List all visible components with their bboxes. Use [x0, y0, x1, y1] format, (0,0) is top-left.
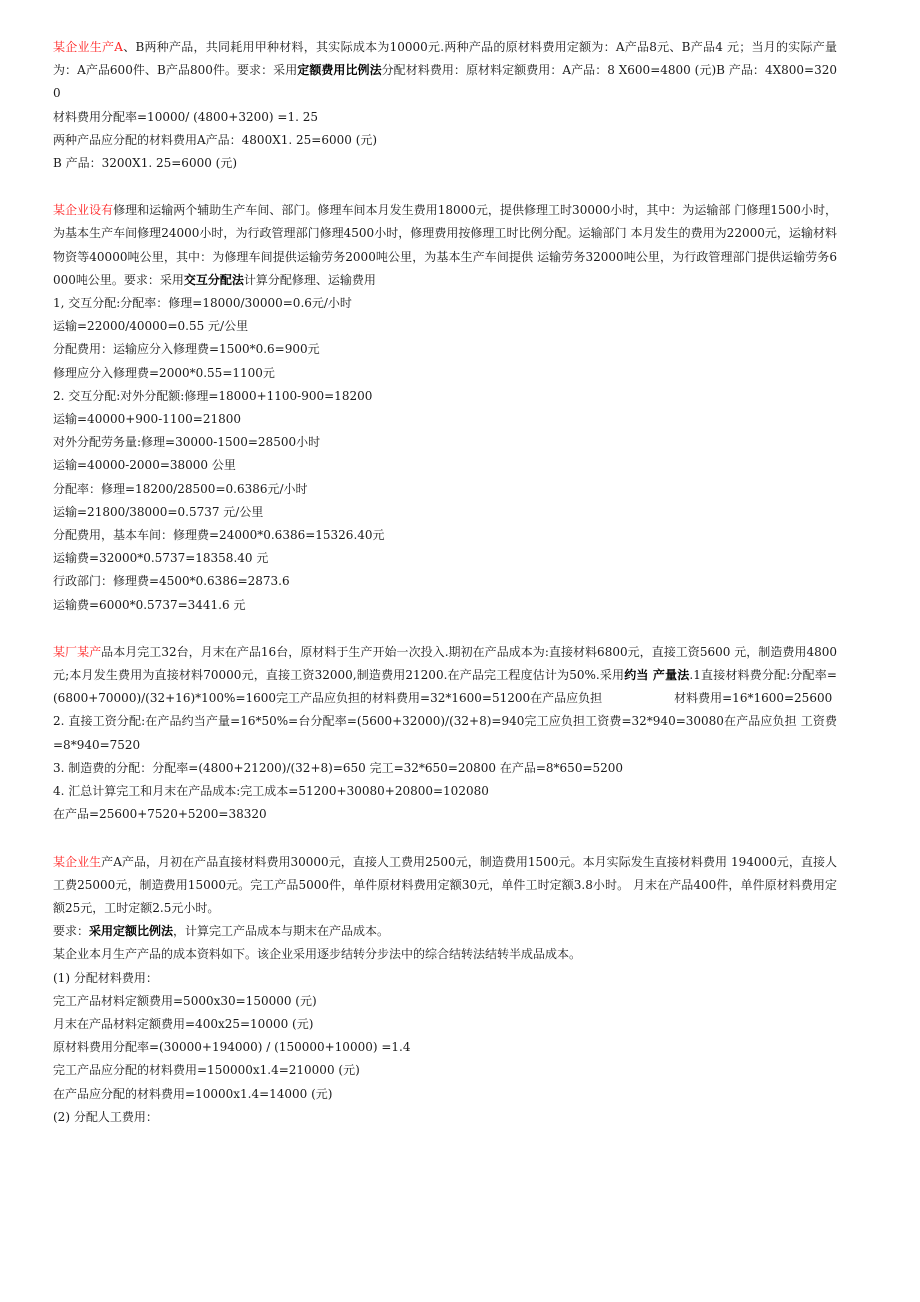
solution-line: 月末在产品材料定额费用=400x25=10000 (元)	[53, 1013, 837, 1036]
solution-line: 4. 汇总计算完工和月末在产品成本:完工成本=51200+30080+20800…	[53, 780, 837, 803]
highlight-text: 某企业设有	[53, 203, 113, 217]
solution-line: 某企业本月生产产品的成本资料如下。该企业采用逐步结转分步法中的综合结转法结转半成…	[53, 943, 837, 966]
highlight-text: 某企业生	[53, 855, 101, 869]
method-name: 采用定额比例法	[89, 924, 173, 938]
solution-line: 材料费用分配率=10000/ (4800+3200) =1. 25	[53, 106, 837, 129]
solution-line: 两种产品应分配的材料费用A产品：4800X1. 25=6000 (元)	[53, 129, 837, 152]
method-name: 交互分配法	[184, 273, 244, 287]
solution-line: 完工产品应分配的材料费用=150000x1.4=210000 (元)	[53, 1059, 837, 1082]
solution-line: 3. 制造费的分配：分配率=(4800+21200)/(32+8)=650 完工…	[53, 757, 837, 780]
problem-statement: 某厂某产品本月完工32台，月末在产品16台，原材料于生产开始一次投入.期初在产品…	[53, 641, 837, 711]
highlight-text: 某企业生产A	[53, 40, 123, 54]
solution-line: B 产品：3200X1. 25=6000 (元)	[53, 152, 837, 175]
solution-line: 运输费=6000*0.5737=3441.6 元	[53, 594, 837, 617]
problem-statement: 某企业设有修理和运输两个辅助生产车间、部门。修理车间本月发生费用18000元，提…	[53, 199, 837, 292]
problem-1: 某企业生产A、B两种产品，共同耗用甲种材料，其实际成本为10000元.两种产品的…	[53, 36, 837, 175]
requirement-label: 要求：	[53, 924, 89, 938]
solution-line: 修理应分入修理费=2000*0.55=1100元	[53, 362, 837, 385]
document-page: 某企业生产A、B两种产品，共同耗用甲种材料，其实际成本为10000元.两种产品的…	[53, 36, 837, 1129]
solution-line: 运输=22000/40000=0.55 元/公里	[53, 315, 837, 338]
statement-text: 修理和运输两个辅助生产车间、部门。修理车间本月发生费用18000元，提供修理工时…	[53, 203, 837, 287]
solution-line: 1, 交互分配:分配率：修理=18000/30000=0.6元/小时	[53, 292, 837, 315]
solution-paragraph: 2. 直接工资分配:在产品约当产量=16*50%=台分配率=(5600+3200…	[53, 710, 837, 756]
statement-text: 计算分配修理、运输费用	[244, 273, 376, 287]
solution-line: 分配费用，基本车间：修理费=24000*0.6386=15326.40元	[53, 524, 837, 547]
solution-line: 在产品=25600+7520+5200=38320	[53, 803, 837, 826]
solution-line: 运输=21800/38000=0.5737 元/公里	[53, 501, 837, 524]
problem-3: 某厂某产品本月完工32台，月末在产品16台，原材料于生产开始一次投入.期初在产品…	[53, 641, 837, 827]
method-name: 定额费用比例法	[297, 63, 381, 77]
solution-line: 原材料费用分配率=(30000+194000) / (150000+10000)…	[53, 1036, 837, 1059]
statement-text: 产A产品，月初在产品直接材料费用30000元，直接人工费用2500元，制造费用1…	[53, 855, 837, 915]
requirement-text: ，计算完工产品成本与期末在产品成本。	[173, 924, 389, 938]
solution-line: 行政部门：修理费=4500*0.6386=2873.6	[53, 570, 837, 593]
solution-line: 完工产品材料定额费用=5000x30=150000 (元)	[53, 990, 837, 1013]
solution-line: 运输费=32000*0.5737=18358.40 元	[53, 547, 837, 570]
solution-line: 在产品应分配的材料费用=10000x1.4=14000 (元)	[53, 1083, 837, 1106]
method-name: 约当 产量法	[624, 668, 689, 682]
problem-statement: 某企业生产A产品，月初在产品直接材料费用30000元，直接人工费用2500元，制…	[53, 851, 837, 921]
solution-line: 运输=40000+900-1100=21800	[53, 408, 837, 431]
solution-line: 运输=40000-2000=38000 公里	[53, 454, 837, 477]
solution-line: 对外分配劳务量:修理=30000-1500=28500小时	[53, 431, 837, 454]
problem-statement: 某企业生产A、B两种产品，共同耗用甲种材料，其实际成本为10000元.两种产品的…	[53, 36, 837, 106]
solution-line: (1) 分配材料费用：	[53, 967, 837, 990]
problem-4: 某企业生产A产品，月初在产品直接材料费用30000元，直接人工费用2500元，制…	[53, 851, 837, 1129]
highlight-text: 某厂某产	[53, 645, 101, 659]
solution-line: (2) 分配人工费用：	[53, 1106, 837, 1129]
solution-line: 分配率：修理=18200/28500=0.6386元/小时	[53, 478, 837, 501]
requirement-line: 要求：采用定额比例法，计算完工产品成本与期末在产品成本。	[53, 920, 837, 943]
solution-line: 分配费用：运输应分入修理费=1500*0.6=900元	[53, 338, 837, 361]
solution-line: 2. 交互分配:对外分配额:修理=18000+1100-900=18200	[53, 385, 837, 408]
problem-2: 某企业设有修理和运输两个辅助生产车间、部门。修理车间本月发生费用18000元，提…	[53, 199, 837, 617]
